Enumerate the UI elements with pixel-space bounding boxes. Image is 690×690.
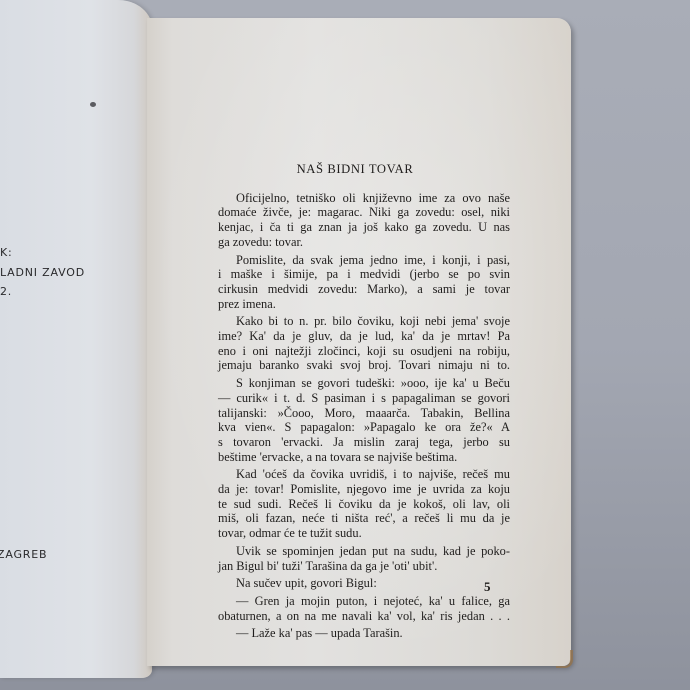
text-line: Pomislite, da svak jema jedno ime, i kon… (200, 253, 510, 268)
paragraph: Oficijelno, tetniško oli književno ime z… (200, 191, 510, 250)
text-line: cirkusin medvidi zovedu: Marko), a sami … (200, 282, 510, 297)
text-line: S konjiman se govori tudeški: »ooo, ije … (200, 376, 510, 391)
paragraph: Na sučev upit, govori Bigul: (200, 576, 510, 591)
left-page-fragment: 2. (0, 285, 12, 298)
paragraph: — Laže ka' pas — upada Tarašin. (200, 626, 510, 641)
text-line: jemaju baranko svaki svoj broj. Tovari n… (200, 358, 510, 373)
text-line: eno i oni najtežji zločinci, koji su osu… (200, 344, 510, 359)
text-line: talijanski: »Čooo, Moro, maaarča. Tabaki… (200, 406, 510, 421)
paragraph: Pomislite, da svak jema jedno ime, i kon… (200, 253, 510, 312)
text-line: domaće živče, je: magarac. Niki ga zoved… (200, 205, 510, 220)
left-page: K: LADNI ZAVOD 2. ZAGREB (0, 0, 152, 678)
left-page-fragment: K: (0, 246, 13, 259)
text-line: beštime 'ervacke, a na tovara se najviše… (200, 450, 510, 465)
paragraph: Kako bi to n. pr. bilo čoviku, koji nebi… (200, 314, 510, 373)
left-page-fragment: ZAGREB (0, 548, 47, 561)
text-line: da je: tovar! Pomislite, njegovo ime je … (200, 482, 510, 497)
text-line: Oficijelno, tetniško oli književno ime z… (200, 191, 510, 206)
text-line: ga zovedu: tovar. (200, 235, 510, 250)
text-line: — Gren ja mojin puton, i nejoteć, ka' u … (200, 594, 510, 609)
text-line: te sud sudi. Rečeš li čoviku da je kokoš… (200, 497, 510, 512)
text-line: — Laže ka' pas — upada Tarašin. (200, 626, 510, 641)
page-number: 5 (484, 579, 491, 595)
chapter-title: NAŠ BIDNI TOVAR (200, 162, 510, 177)
text-line: kenjac, i ča ti ga znan ja još kako ga z… (200, 220, 510, 235)
text-line: prez imena. (200, 297, 510, 312)
text-line: Kad 'oćeš da čovika uvridiš, i to najviš… (200, 467, 510, 482)
text-line: Uvik se spominjen jedan put na sudu, kad… (200, 544, 510, 559)
text-line: i maške i šimije, pa i medvidi (jerbo se… (200, 267, 510, 282)
text-line: miš, oli fazan, neće ti ništa reć', a re… (200, 511, 510, 526)
text-line: kva vien«. S papagalon: »Papagalo ke ora… (200, 420, 510, 435)
text-line: s tovaron 'ervacki. Ja mislin zaraj tega… (200, 435, 510, 450)
text-line: obaturnen, a on na me navali ka' vol, ka… (200, 609, 510, 624)
paragraph: S konjiman se govori tudeški: »ooo, ije … (200, 376, 510, 464)
text-line: — curik« i t. d. S pasiman i s papagalim… (200, 391, 510, 406)
text-line: jan Bigul bi' tuži' Tarašina da ga je 'o… (200, 559, 510, 574)
text-line: tovar, odmar će te tužit sudu. (200, 526, 510, 541)
paragraph: — Gren ja mojin puton, i nejoteć, ka' u … (200, 594, 510, 623)
text-line: Kako bi to n. pr. bilo čoviku, koji nebi… (200, 314, 510, 329)
text-line: Na sučev upit, govori Bigul: (200, 576, 510, 591)
left-page-fragment: LADNI ZAVOD (0, 266, 85, 279)
paragraph: Kad 'oćeš da čovika uvridiš, i to najviš… (200, 467, 510, 541)
paragraph: Uvik se spominjen jedan put na sudu, kad… (200, 544, 510, 573)
page-text-block: NAŠ BIDNI TOVAR Oficijelno, tetniško oli… (200, 162, 510, 644)
text-line: ime? Ka' da je gluv, da je lud, ka' da j… (200, 329, 510, 344)
right-page: NAŠ BIDNI TOVAR Oficijelno, tetniško oli… (147, 18, 571, 666)
ink-spot (90, 102, 96, 107)
